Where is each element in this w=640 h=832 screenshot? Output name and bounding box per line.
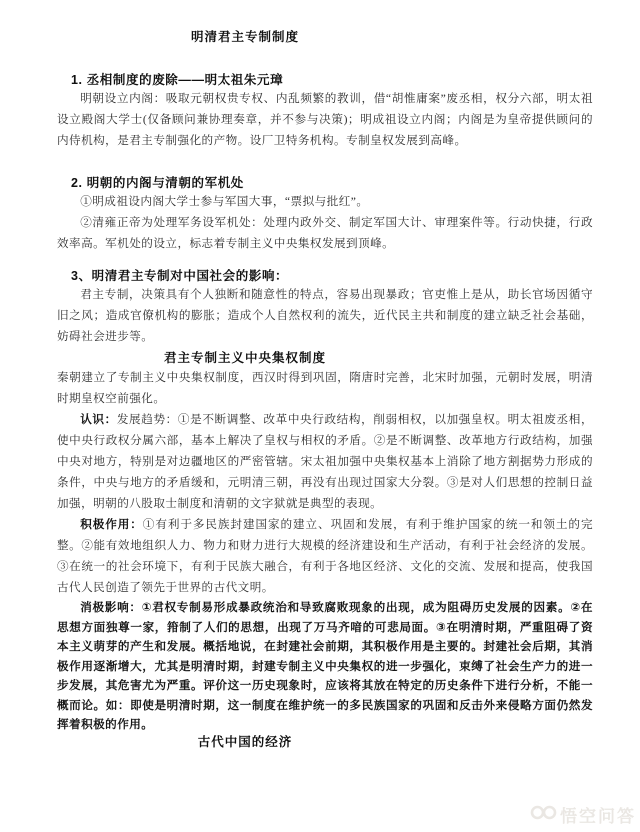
negative-effects-text: ①君权专制易形成暴政统治和导致腐败现象的出现，成为阻碍历史发展的因素。②在思想方… <box>57 601 593 731</box>
part2-intro-paragraph: 秦朝建立了专制主义中央集权制度，西汉时得到巩固，隋唐时完善，北宋时加强，元朝时发… <box>57 367 593 409</box>
section2-item2: ②清雍正帝为处理军务设军机处：处理内政外交、制定军国大计、审理案件等。行动快捷，… <box>57 212 593 254</box>
understanding-paragraph: 认识：发展趋势：①是不断调整、改革中央行政结构，削弱相权，以加强皇权。明太祖废丞… <box>57 409 593 514</box>
section2-item1: ①明成祖设内阁大学士参与军国大事，“票拟与批红”。 <box>57 191 593 212</box>
section1-paragraph: 明朝设立内阁：吸取元朝权贵专权、内乱频繁的教训，借“胡惟庸案”废丞相，权分六部，… <box>57 88 593 151</box>
section2-heading: 2. 明朝的内阁与清朝的军机处 <box>57 175 593 191</box>
watermark: 悟空问答 <box>530 802 636 827</box>
section3-paragraph: 君主专制，决策具有个人独断和随意性的特点，容易出现暴政；官吏惟上是从，助长官场因… <box>57 284 593 347</box>
watermark-text: 悟空问答 <box>560 802 636 827</box>
footer-section-title: 古代中国的经济 <box>57 733 433 751</box>
document-page: 明清君主专制制度 1. 丞相制度的废除——明太祖朱元璋 明朝设立内阁：吸取元朝权… <box>0 0 640 751</box>
section1-heading: 1. 丞相制度的废除——明太祖朱元璋 <box>57 72 593 88</box>
understanding-label: 认识： <box>80 413 117 426</box>
section3-heading: 3、明清君主专制对中国社会的影响： <box>57 268 593 284</box>
infinity-logo-icon <box>530 804 557 826</box>
part2-title: 君主专制主义中央集权制度 <box>57 349 433 367</box>
positive-effects-label: 积极作用： <box>80 518 143 531</box>
page-title: 明清君主专制制度 <box>57 28 433 46</box>
negative-effects-paragraph: 消极影响：①君权专制易形成暴政统治和导致腐败现象的出现，成为阻碍历史发展的因素。… <box>57 598 593 735</box>
negative-effects-label: 消极影响： <box>80 601 142 614</box>
understanding-text: 发展趋势：①是不断调整、改革中央行政结构，削弱相权，以加强皇权。明太祖废丞相，使… <box>57 413 593 510</box>
positive-effects-paragraph: 积极作用：①有利于多民族封建国家的建立、巩固和发展，有利于维护国家的统一和领土的… <box>57 514 593 598</box>
